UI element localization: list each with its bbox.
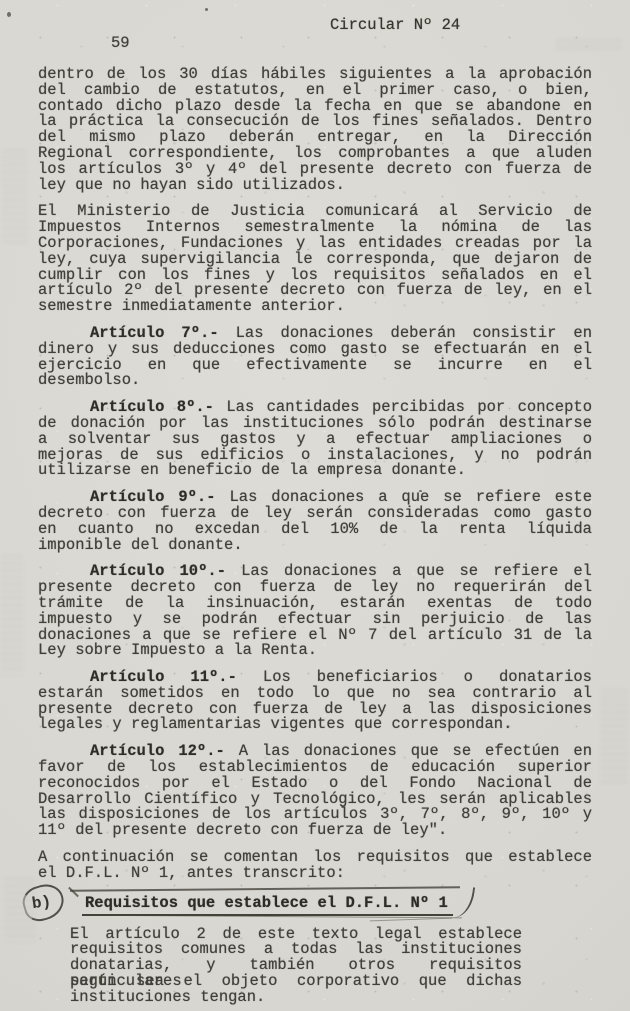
section-heading-title: Requisitos que establece el D.F.L. Nº 1 bbox=[82, 894, 453, 916]
paragraph: El artículo 2 de este texto legal establ… bbox=[70, 927, 522, 1006]
paragraph: Artículo 10º.- Las donaciones a que se r… bbox=[38, 564, 592, 659]
scan-speck bbox=[205, 8, 208, 11]
paragraph: Artículo 8º.- Las cantidades percibidas … bbox=[38, 400, 592, 479]
page-number: 59 bbox=[111, 34, 130, 52]
text-line: utilizarse en beneficio de la empresa do… bbox=[38, 463, 592, 479]
circular-header: Circular Nº 24 bbox=[330, 16, 460, 34]
text-line: semestre inmediatamente anterior. bbox=[38, 299, 592, 315]
text-line: desembolso. bbox=[38, 373, 592, 389]
text-line: legales y reglamentarias vigentes que co… bbox=[38, 717, 592, 733]
section-letter: b) bbox=[31, 892, 53, 912]
paragraph: Artículo 11º.- Los beneficiarios o donat… bbox=[38, 670, 592, 733]
paragraph: dentro de los 30 días hábiles siguientes… bbox=[38, 67, 592, 193]
text-line: 11º del presente decreto con fuerza de l… bbox=[38, 823, 592, 839]
document-body: dentro de los 30 días hábiles siguientes… bbox=[38, 67, 592, 1011]
section-heading: b) Requisitos que establece el D.F.L. Nº… bbox=[38, 893, 592, 919]
text-line: instituciones tengan. bbox=[70, 990, 522, 1006]
paragraphs-after-heading: El artículo 2 de este texto legal establ… bbox=[38, 927, 592, 1006]
paragraph: Artículo 9º.- Las donaciones a que se re… bbox=[38, 490, 592, 553]
handdrawn-right-bracket bbox=[452, 884, 475, 919]
text-line: imponible del donante. bbox=[38, 538, 592, 554]
paragraphs-before-heading: dentro de los 30 días hábiles siguientes… bbox=[38, 67, 592, 882]
scan-speck bbox=[7, 12, 11, 17]
paragraph: A continuación se comentan los requisito… bbox=[38, 850, 592, 882]
paragraph: Artículo 12º.- A las donaciones que se e… bbox=[38, 744, 592, 839]
text-line: el D.F.L. Nº 1, antes transcrito: bbox=[38, 866, 592, 882]
text-line: Ley sobre Impuesto a la Renta. bbox=[38, 643, 592, 659]
handdrawn-top-line bbox=[70, 886, 460, 891]
scanned-document-page: { "header": { "circular": "Circular Nº 2… bbox=[0, 0, 630, 1011]
paragraph: El Ministerio de Justicia comunicará al … bbox=[38, 204, 592, 315]
paragraph: Artículo 7º.- Las donaciones deberán con… bbox=[38, 326, 592, 389]
text-line: ley que no hayan sido utilizados. bbox=[38, 178, 592, 194]
